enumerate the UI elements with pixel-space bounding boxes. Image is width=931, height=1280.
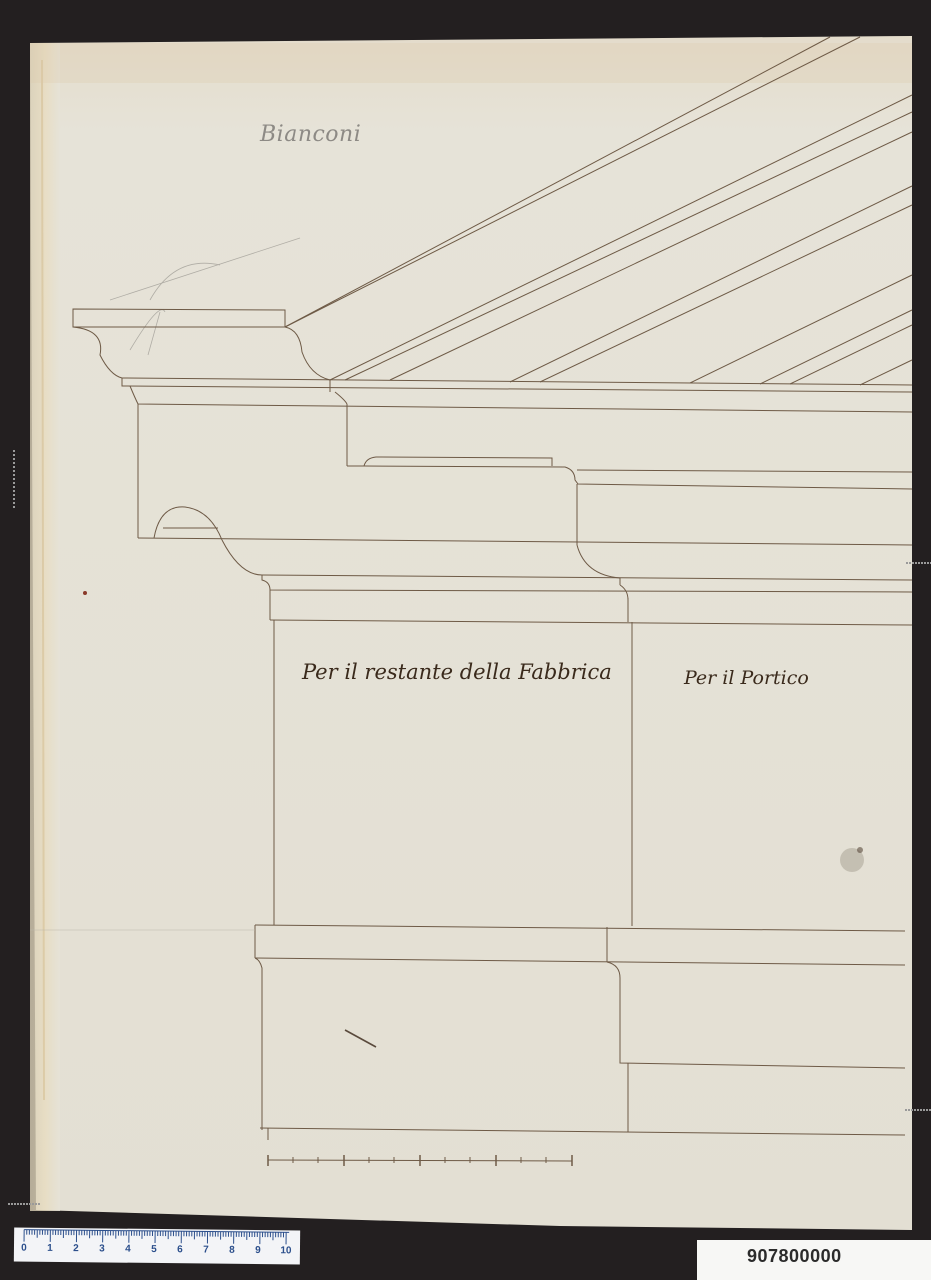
catalog-number: 907800000 (747, 1246, 842, 1267)
ruler-label: 3 (99, 1243, 105, 1254)
ruler-label: 6 (177, 1244, 183, 1255)
ruler-label: 8 (229, 1245, 235, 1256)
ruler-label: 7 (203, 1244, 209, 1255)
ruler-label: 10 (280, 1245, 291, 1256)
ruler-label: 9 (255, 1245, 261, 1256)
left-section-label: Per il restante della Fabbrica (302, 660, 612, 684)
pencil-signature: Bianconi (260, 122, 361, 147)
color-reference-ruler: 0 1 2 3 4 5 6 7 8 9 10 (14, 1228, 300, 1265)
ruler-label: 2 (73, 1243, 79, 1254)
paper (30, 36, 912, 1230)
ruler-label: 5 (151, 1244, 157, 1255)
ruler-label: 0 (21, 1243, 27, 1254)
ruler-label: 4 (125, 1244, 131, 1255)
ruler-labels: 0 1 2 3 4 5 6 7 8 9 10 (14, 1243, 300, 1262)
right-section-label: Per il Portico (684, 667, 809, 689)
architectural-drawing (0, 0, 931, 1280)
scanned-drawing-sheet: Bianconi Per il restante della Fabbrica … (0, 0, 931, 1280)
ruler-label: 1 (47, 1243, 53, 1254)
catalog-label: 907800000 (697, 1240, 931, 1280)
